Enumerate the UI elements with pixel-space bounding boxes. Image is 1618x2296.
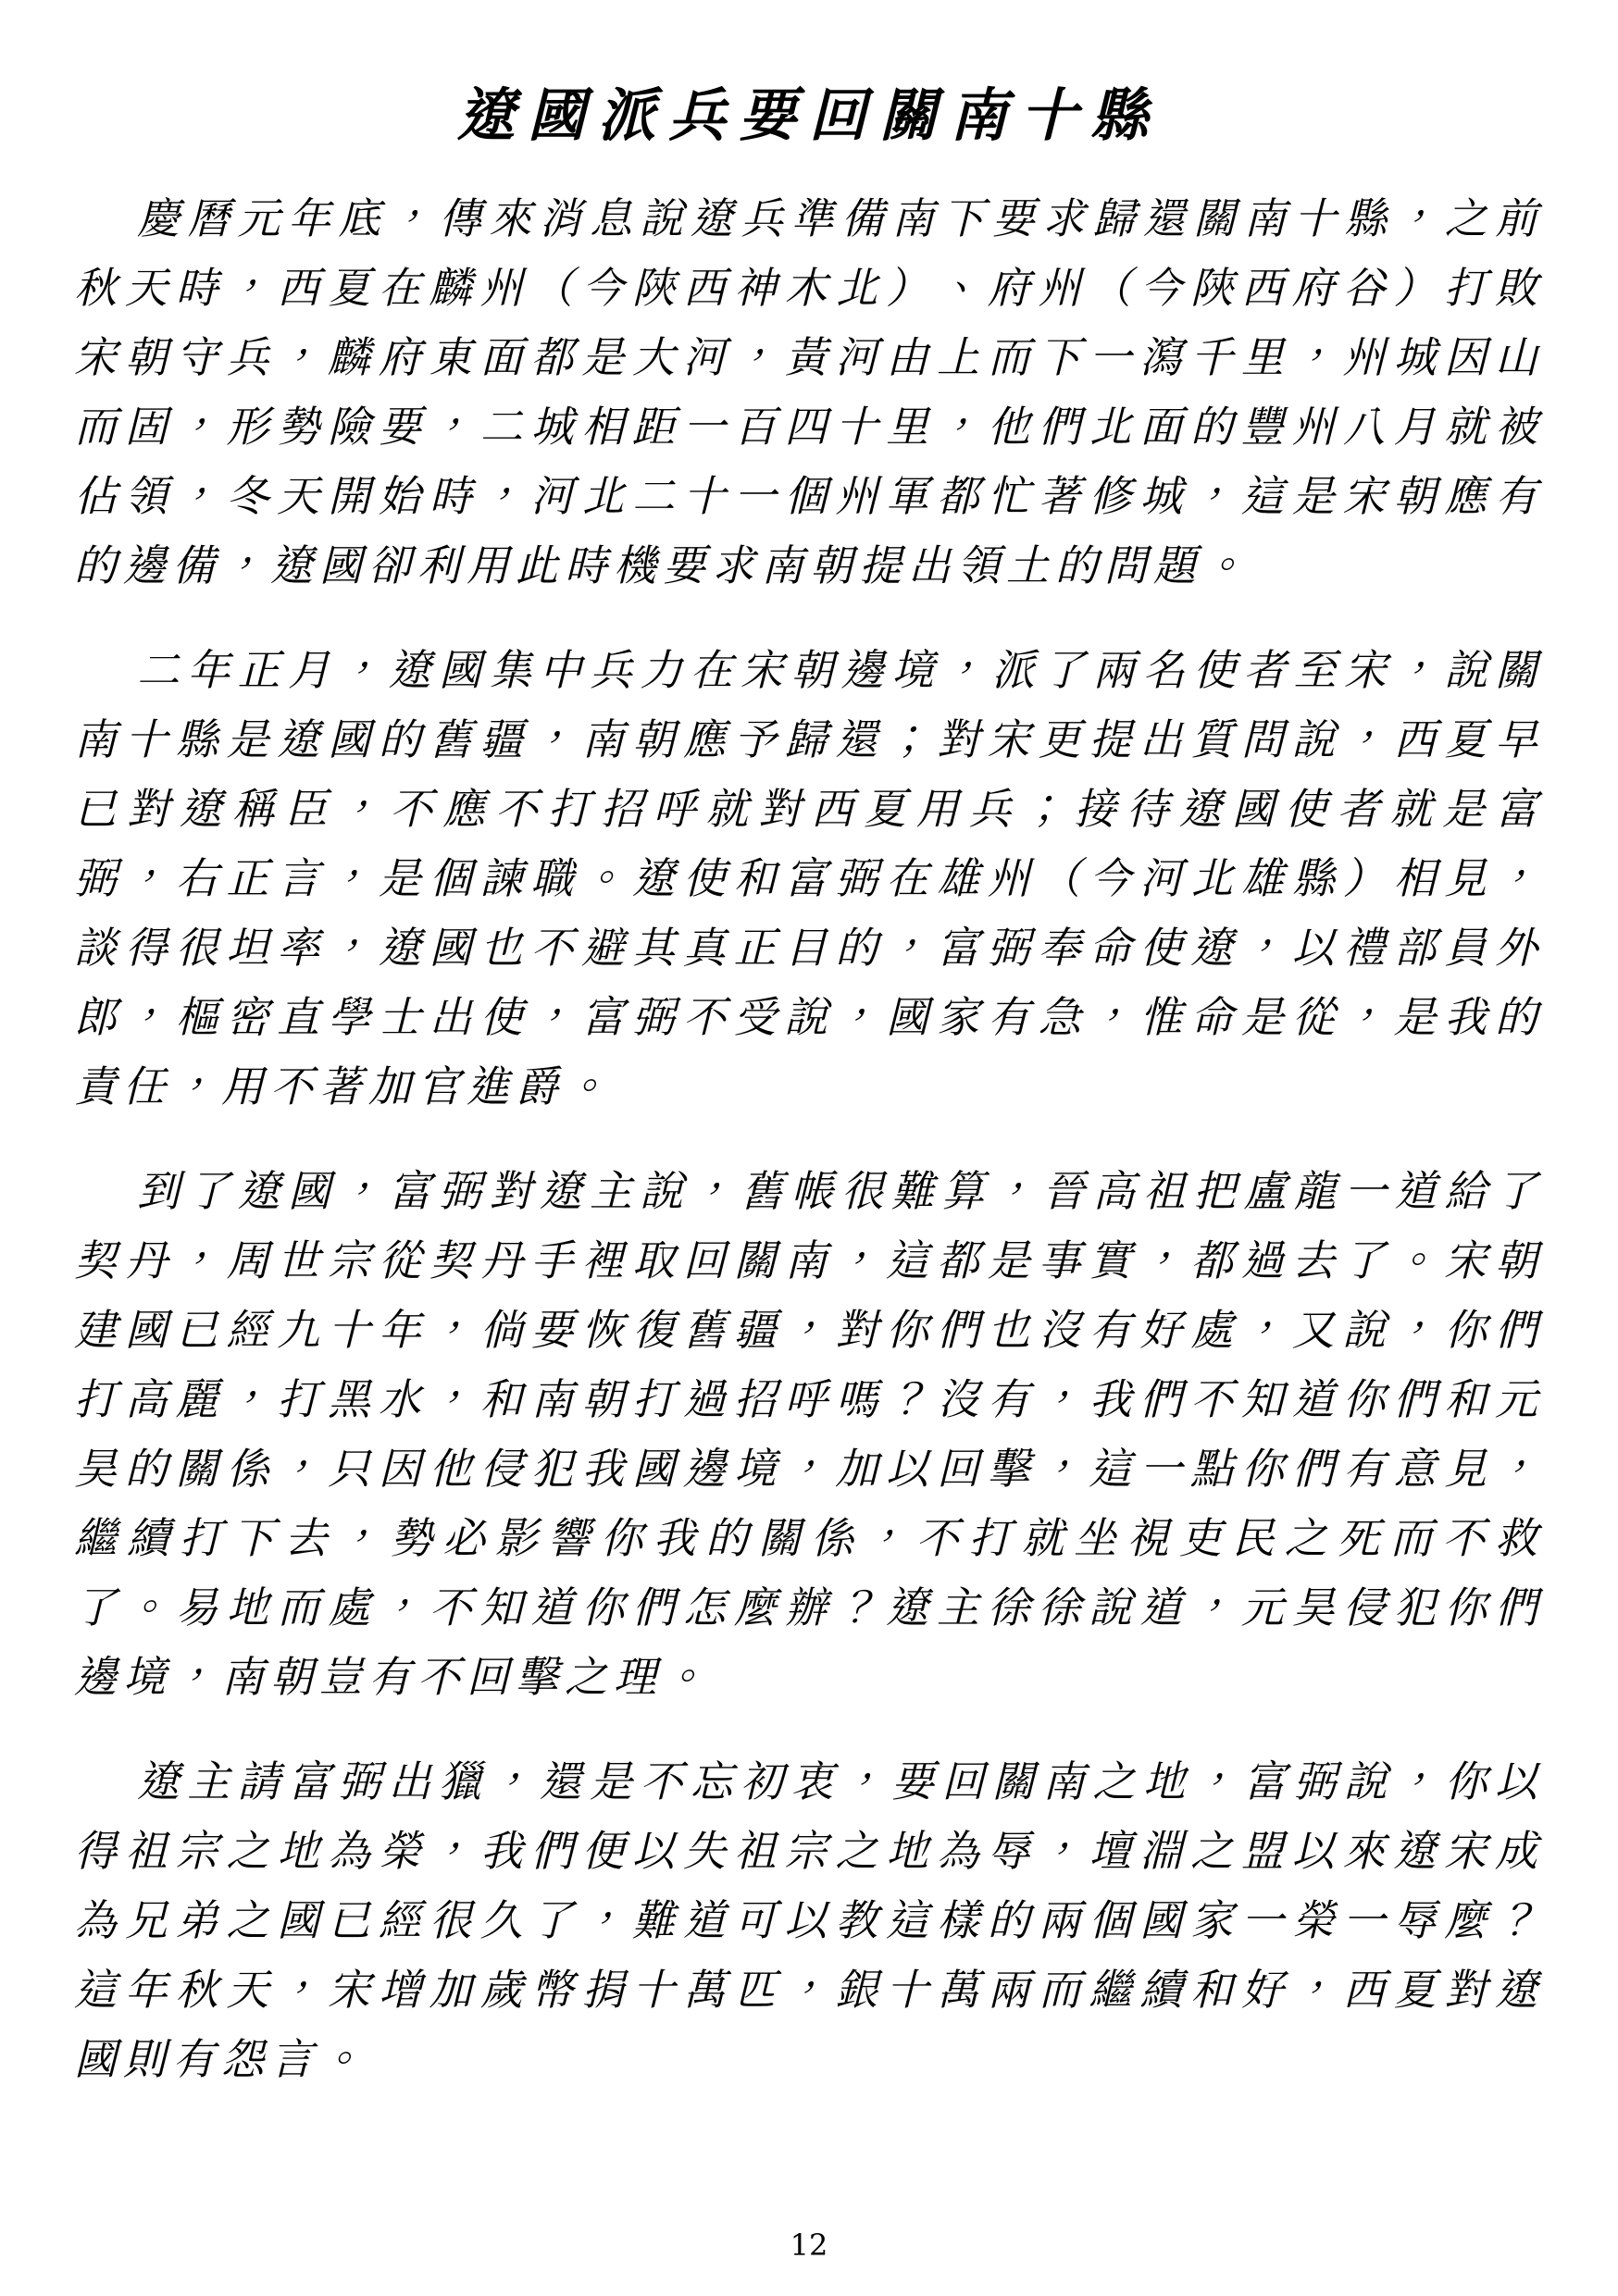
body-paragraph-4: 遼主請富弼出獵，還是不忘初衷，要回關南之地，富弼說，你以得祖宗之地為榮，我們便以…	[74, 1747, 1544, 2094]
document-page: 遼國派兵要回關南十縣 慶曆元年底，傳來消息說遼兵準備南下要求歸還關南十縣，之前秋…	[0, 0, 1618, 2296]
page-number: 12	[0, 2228, 1618, 2263]
page-title: 遼國派兵要回關南十縣	[0, 0, 1618, 158]
document-body: 慶曆元年底，傳來消息說遼兵準備南下要求歸還關南十縣，之前秋天時，西夏在麟州（今陝…	[0, 158, 1618, 2094]
body-paragraph-3: 到了遼國，富弼對遼主說，舊帳很難算，晉高祖把盧龍一道給了契丹，周世宗從契丹手裡取…	[74, 1157, 1544, 1712]
body-paragraph-1: 慶曆元年底，傳來消息說遼兵準備南下要求歸還關南十縣，之前秋天時，西夏在麟州（今陝…	[74, 184, 1544, 601]
body-paragraph-2: 二年正月，遼國集中兵力在宋朝邊境，派了兩名使者至宋，說關南十縣是遼國的舊疆，南朝…	[74, 636, 1544, 1122]
